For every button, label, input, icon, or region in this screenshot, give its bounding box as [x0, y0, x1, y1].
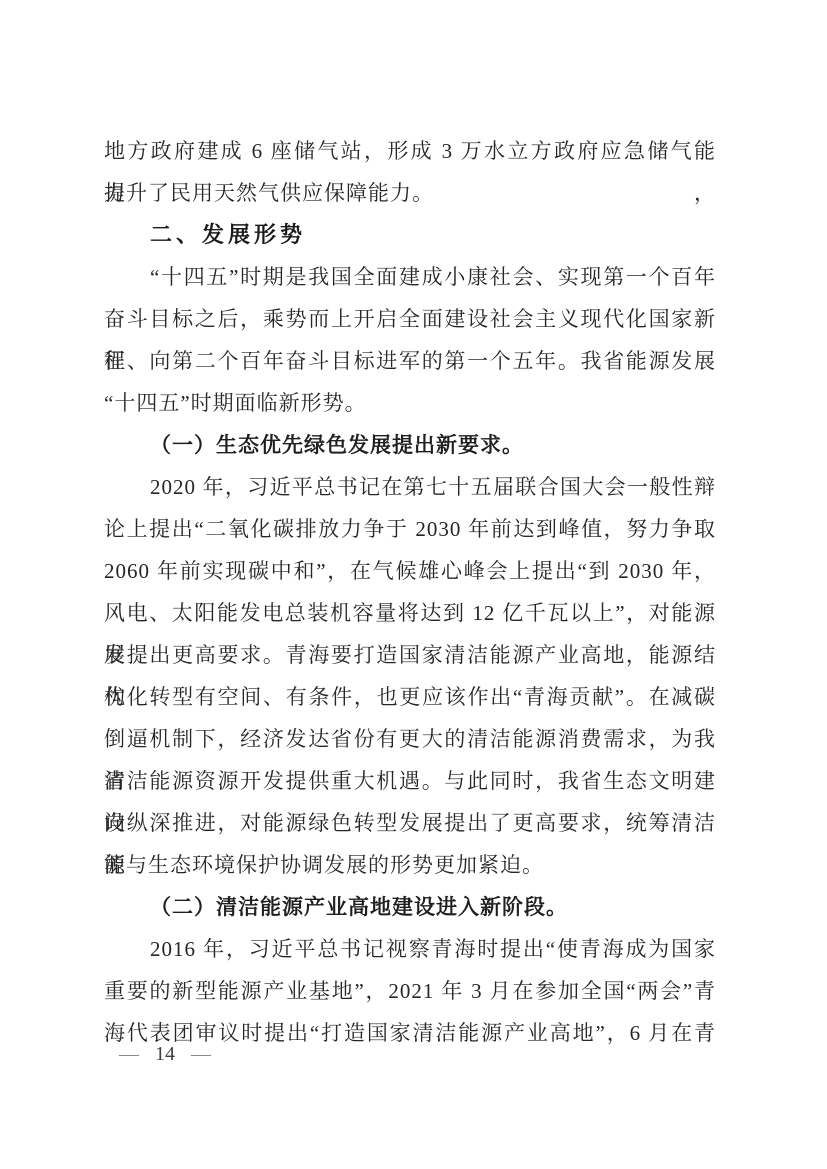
text-line: 源与生态环境保护协调发展的形势更加紧迫。 — [104, 844, 716, 886]
text-line: 2020 年，习近平总书记在第七十五届联合国大会一般性辩 — [104, 466, 716, 508]
footer-dash-left: — — [119, 1043, 139, 1065]
text-line: 清洁能源资源开发提供重大机遇。与此同时，我省生态文明建设 — [104, 760, 716, 802]
document-body: 地方政府建成 6 座储气站，形成 3 万水立方政府应急储气能力，提升了民用天然气… — [104, 130, 716, 1054]
subsection-heading: （二）清洁能源产业高地建设进入新阶段。 — [104, 886, 716, 928]
footer-dash-right: — — [191, 1043, 211, 1065]
text-line: 风电、太阳能发电总装机容量将达到 12 亿千瓦以上”，对能源发 — [104, 592, 716, 634]
text-line: 向纵深推进，对能源绿色转型发展提出了更高要求，统筹清洁能 — [104, 802, 716, 844]
text-line: 地方政府建成 6 座储气站，形成 3 万水立方政府应急储气能力， — [104, 130, 716, 172]
text-line: 倒逼机制下，经济发达省份有更大的清洁能源消费需求，为我省 — [104, 718, 716, 760]
page-footer: —14— — [119, 1040, 211, 1068]
text-line: “十四五”时期是我国全面建成小康社会、实现第一个百年 — [104, 256, 716, 298]
text-line: 2060 年前实现碳中和”，在气候雄心峰会上提出“到 2030 年， — [104, 550, 716, 592]
text-line: 论上提出“二氧化碳排放力争于 2030 年前达到峰值，努力争取 — [104, 508, 716, 550]
subsection-heading: （一）生态优先绿色发展提出新要求。 — [104, 424, 716, 466]
document-page: 地方政府建成 6 座储气站，形成 3 万水立方政府应急储气能力，提升了民用天然气… — [0, 0, 827, 1169]
text-line: 奋斗目标之后，乘势而上开启全面建设社会主义现代化国家新征 — [104, 298, 716, 340]
text-line: 优化转型有空间、有条件，也更应该作出“青海贡献”。在减碳 — [104, 676, 716, 718]
text-line: 重要的新型能源产业基地”，2021 年 3 月在参加全国“两会”青 — [104, 970, 716, 1012]
text-line: 2016 年，习近平总书记视察青海时提出“使青海成为国家 — [104, 928, 716, 970]
page-number: 14 — [155, 1043, 175, 1065]
text-line: 展提出更高要求。青海要打造国家清洁能源产业高地，能源结构 — [104, 634, 716, 676]
text-line: 程、向第二个百年奋斗目标进军的第一个五年。我省能源发展 — [104, 340, 716, 382]
section-heading: 二、发展形势 — [104, 214, 716, 256]
text-line: “十四五”时期面临新形势。 — [104, 382, 716, 424]
